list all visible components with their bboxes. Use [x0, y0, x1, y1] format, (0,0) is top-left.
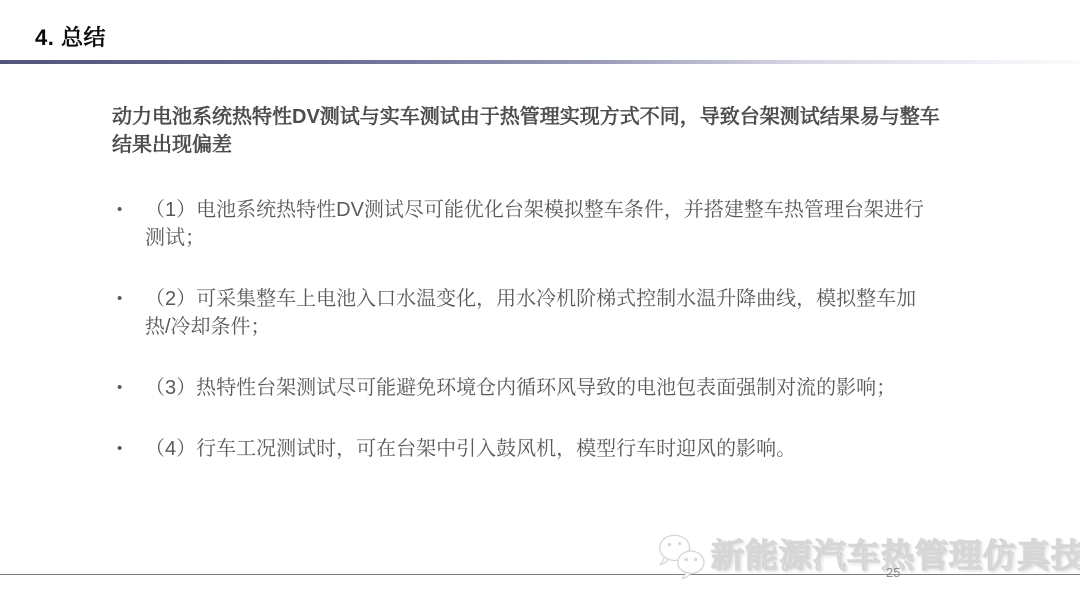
- page-number: 25: [886, 565, 900, 580]
- content-heading: 动力电池系统热特性DV测试与实车测试由于热管理实现方式不同，导致台架测试结果易与…: [112, 103, 944, 159]
- bullet-item-2: • （2）可采集整车上电池入口水温变化，用水冷机阶梯式控制水温升降曲线，模拟整车…: [112, 285, 944, 341]
- wechat-icon: [655, 532, 711, 588]
- bullet-text: （1）电池系统热特性DV测试尽可能优化台架模拟整车条件，并搭建整车热管理台架进行…: [145, 196, 937, 252]
- bullet-text: （2）可采集整车上电池入口水温变化，用水冷机阶梯式控制水温升降曲线，模拟整车加热…: [145, 285, 937, 341]
- bullet-item-1: • （1）电池系统热特性DV测试尽可能优化台架模拟整车条件，并搭建整车热管理台架…: [112, 196, 944, 252]
- bullet-marker: •: [112, 285, 145, 313]
- watermark: 新能源汽车热管理仿真技术: [655, 530, 1080, 588]
- title-divider: [0, 60, 1080, 64]
- bullet-text: （4）行车工况测试时，可在台架中引入鼓风机，模型行车时迎风的影响。: [145, 435, 937, 463]
- slide-content: 动力电池系统热特性DV测试与实车测试由于热管理实现方式不同，导致台架测试结果易与…: [112, 103, 944, 496]
- slide-title: 4. 总结: [35, 21, 106, 52]
- presentation-slide: 4. 总结 动力电池系统热特性DV测试与实车测试由于热管理实现方式不同，导致台架…: [0, 0, 1080, 608]
- footer-divider: [0, 574, 1080, 575]
- bullet-marker: •: [112, 196, 145, 224]
- bullet-item-4: • （4）行车工况测试时，可在台架中引入鼓风机，模型行车时迎风的影响。: [112, 435, 944, 463]
- bullet-list: • （1）电池系统热特性DV测试尽可能优化台架模拟整车条件，并搭建整车热管理台架…: [112, 196, 944, 463]
- bullet-marker: •: [112, 374, 145, 402]
- bullet-marker: •: [112, 435, 145, 463]
- bullet-text: （3）热特性台架测试尽可能避免环境仓内循环风导致的电池包表面强制对流的影响；: [145, 374, 937, 402]
- bullet-item-3: • （3）热特性台架测试尽可能避免环境仓内循环风导致的电池包表面强制对流的影响；: [112, 374, 944, 402]
